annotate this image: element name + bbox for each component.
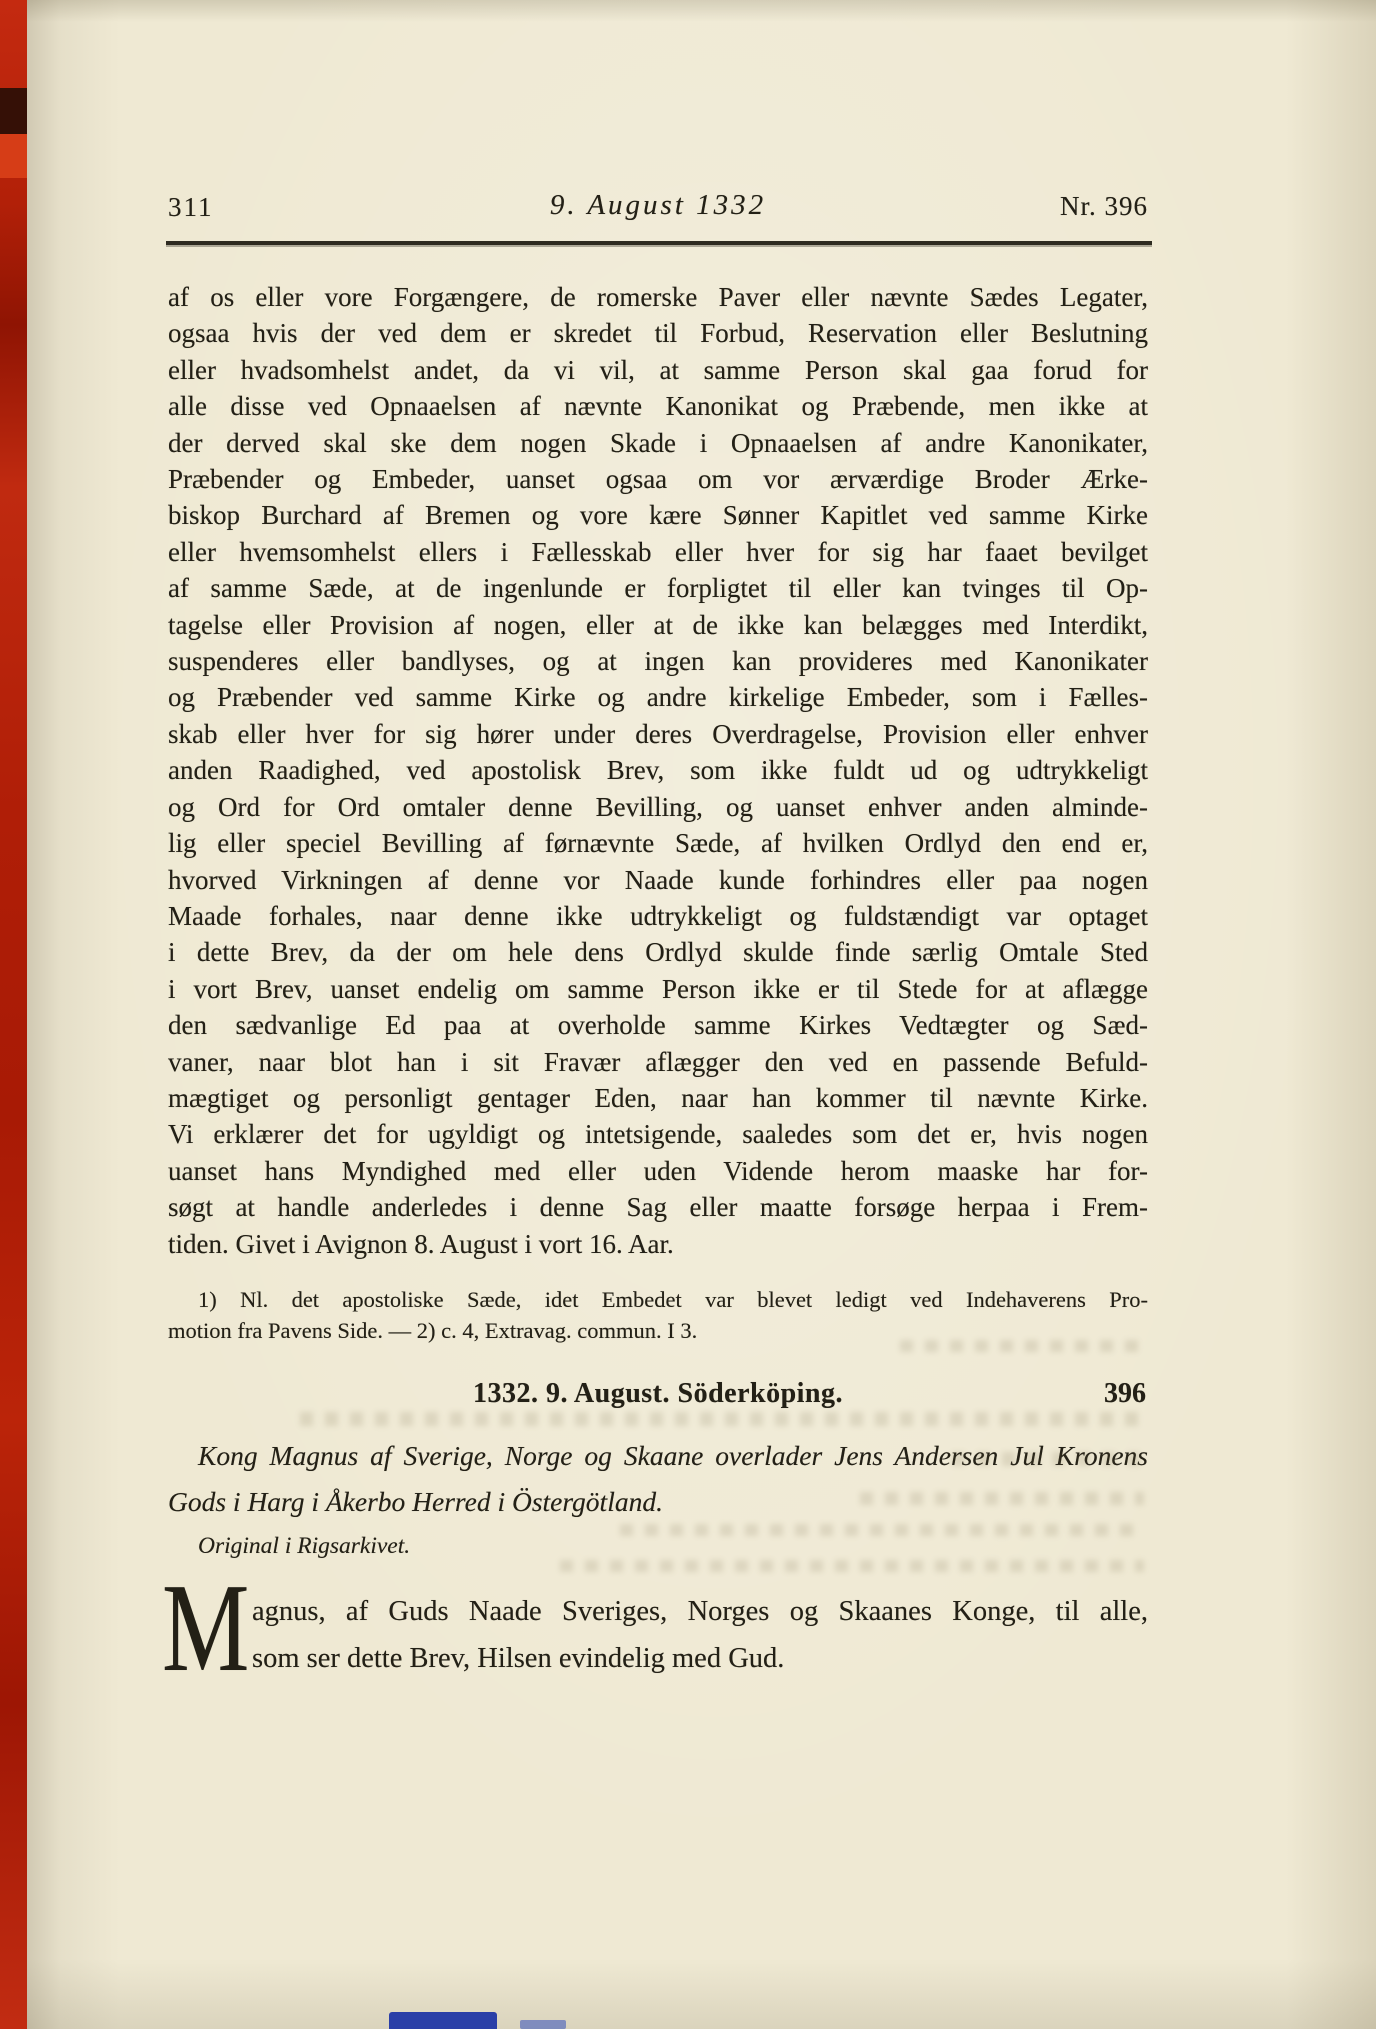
scan-artifact-blue-bar (389, 2012, 497, 2029)
footnote-line: 1) Nl. det apostoliske Sæde, idet Embede… (168, 1284, 1148, 1315)
body-line: i dette Brev, da der om hele dens Ordlyd… (168, 934, 1148, 970)
entry-heading-row: 1332. 9. August. Söderköping. 396 (168, 1378, 1148, 1410)
body-line: Maade forhales, naar denne ikke udtrykke… (168, 898, 1148, 934)
body-line: suspenderes eller bandlyses, og at ingen… (168, 643, 1148, 679)
body-line: vaner, naar blot han i sit Fravær aflægg… (168, 1044, 1148, 1080)
body-line: mægtiget og personligt gentager Eden, na… (168, 1080, 1148, 1116)
body-line: eller hvadsomhelst andet, da vi vil, at … (168, 352, 1148, 388)
body-line: tagelse eller Provision af nogen, eller … (168, 607, 1148, 643)
header-rule (166, 241, 1152, 245)
bleed-through-artifact (900, 1340, 1144, 1352)
body-line: eller hvemsomhelst ellers i Fællesskab e… (168, 534, 1148, 570)
bleed-through-artifact (620, 1524, 1144, 1536)
body-line: der derved skal ske dem nogen Skade i Op… (168, 425, 1148, 461)
body-line: uanset hans Myndighed med eller uden Vid… (168, 1153, 1148, 1189)
body-line: og Præbender ved samme Kirke og andre ki… (168, 679, 1148, 715)
entry-summary: Kong Magnus af Sverige, Norge og Skaane … (168, 1433, 1148, 1525)
body-line: anden Raadighed, ved apostolisk Brev, so… (168, 752, 1148, 788)
entry-number: 396 (1104, 1378, 1146, 1410)
page-background: 311 9. August 1332 Nr. 396 af os eller v… (0, 0, 1376, 2029)
body-line: skab eller hver for sig hører under dere… (168, 716, 1148, 752)
body-line: søgt at handle anderledes i denne Sag el… (168, 1189, 1148, 1225)
spine-strip (0, 0, 27, 2029)
bleed-through-artifact (560, 1560, 1144, 1572)
dropcap-initial: M (162, 1566, 249, 1692)
body-line: ogsaa hvis der ved dem er skredet til Fo… (168, 315, 1148, 351)
running-head-number: Nr. 396 (1060, 191, 1148, 222)
body-line: og Ord for Ord omtaler denne Bevilling, … (168, 789, 1148, 825)
bleed-through-artifact (860, 1492, 1144, 1505)
spine-strip-bright-patch (0, 134, 27, 178)
spine-strip-dark-patch (0, 88, 27, 134)
document-text-block: af os eller vore Forgængere, de romerske… (168, 279, 1148, 1262)
body-line: tiden. Givet i Avignon 8. August i vort … (168, 1226, 1148, 1262)
bleed-through-artifact (952, 1452, 1144, 1466)
body-line: den sædvanlige Ed paa at overholde samme… (168, 1007, 1148, 1043)
body-line: biskop Burchard af Bremen og vore kære S… (168, 497, 1148, 533)
body-line: Præbender og Embeder, uanset ogsaa om vo… (168, 461, 1148, 497)
entry-heading: 1332. 9. August. Söderköping. (168, 1378, 1148, 1410)
running-head-date: 9. August 1332 (168, 189, 1148, 222)
body-line: af samme Sæde, at de ingenlunde er forpl… (168, 570, 1148, 606)
body-line: i vort Brev, uanset endelig om samme Per… (168, 971, 1148, 1007)
running-head: 311 9. August 1332 Nr. 396 (168, 189, 1148, 229)
footnote: 1) Nl. det apostoliske Sæde, idet Embede… (168, 1284, 1148, 1346)
body-line: af os eller vore Forgængere, de romerske… (168, 279, 1148, 315)
body-line: alle disse ved Opnaaelsen af nævnte Kano… (168, 388, 1148, 424)
body-line: lig eller speciel Bevilling af førnævnte… (168, 825, 1148, 861)
scanned-book-page: { "colors": { "page": "#efe9d3", "ink": … (0, 0, 1376, 2029)
source-note: Original i Rigsarkivet. (198, 1533, 410, 1560)
scan-artifact-blue-mark (520, 2020, 566, 2029)
bleed-through-artifact (300, 1412, 1140, 1426)
entry-opening-paragraph: M agnus, af Guds Naade Sveriges, Norges … (168, 1588, 1148, 1682)
opening-line: agnus, af Guds Naade Sveriges, Norges og… (252, 1588, 1148, 1635)
opening-line: som ser dette Brev, Hilsen evindelig med… (252, 1635, 1148, 1682)
body-line: Vi erklærer det for ugyldigt og intetsig… (168, 1116, 1148, 1152)
body-line: hvorved Virkningen af denne vor Naade ku… (168, 862, 1148, 898)
